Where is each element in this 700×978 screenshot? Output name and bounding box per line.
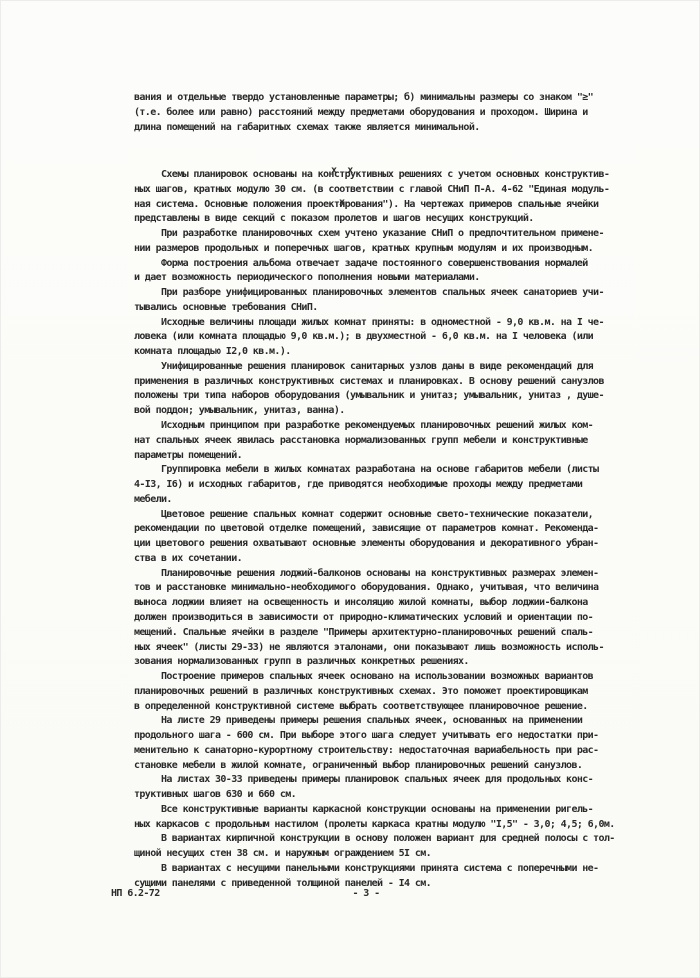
text-line: нат спальных ячеек явилась расстановка н… (134, 434, 615, 449)
text-line: Исходным принципом при разработке рекоме… (134, 419, 615, 434)
page-footer: НП 6.2-72 - 3 - (1, 887, 700, 903)
text-line: Унифицированные решения планировок санит… (134, 360, 615, 375)
text-line: 4-I3, I6) и исходных габаритов, где прив… (134, 478, 615, 493)
text-line: параметры помещений. (134, 449, 615, 464)
page-number: - 3 - (134, 887, 598, 901)
text-line: Схемы планировок основаны на конструктив… (134, 168, 615, 183)
text-line: представлены в виде секций с показом про… (134, 212, 615, 227)
text-line: ных каркасов с продольным настилом (прол… (134, 818, 615, 833)
text-line: и дает возможность периодического пополн… (134, 271, 615, 286)
text-line: ных ячеек" (листы 29-33) не являются эта… (134, 641, 615, 656)
text-line: продольного шага - 600 см. При выборе эт… (134, 729, 615, 744)
text-line: При разборе унифицированных планировочны… (134, 286, 615, 301)
text-line: Группировка мебели в жилых комнатах разр… (134, 463, 615, 478)
text-line: комната площадью I2,0 кв.м.). (134, 345, 615, 360)
text-line: На листе 29 приведены примеры решения сп… (134, 714, 615, 729)
text-line: ловека (или комната площадью 9,0 кв.м.);… (134, 330, 615, 345)
main-text-block: Схемы планировок основаны на конструктив… (134, 168, 615, 892)
text-line: Все конструктивные варианты каркасной ко… (134, 803, 615, 818)
text-line: щиной несущих стен 38 см. и наружным огр… (134, 847, 615, 862)
text-line: труктивных шагов 630 и 660 см. (134, 788, 615, 803)
text-line: длина помещений на габаритных схемах так… (134, 121, 593, 136)
text-line: тов и расстановке минимально-необходимог… (134, 581, 615, 596)
text-line: Форма построения альбома отвечает задаче… (134, 257, 615, 272)
text-line: должен производиться в зависимости от пр… (134, 611, 615, 626)
text-line: Исходные величины площади жилых комнат п… (134, 316, 615, 331)
text-line: планировочных решений в различных констр… (134, 685, 615, 700)
text-line: выноса лоджии влияет на освещенность и и… (134, 596, 615, 611)
text-line: Планировочные решения лоджий-балконов ос… (134, 567, 615, 582)
text-line: менительно к санаторно-курортному строит… (134, 744, 615, 759)
text-line: При разработке планировочных схем учтено… (134, 227, 615, 242)
text-line: ных шагов, кратных модулю 30 см. (в соот… (134, 183, 615, 198)
text-line: Построение примеров спальных ячеек основ… (134, 670, 615, 685)
text-line: мещений. Спальные ячейки в разделе "Прим… (134, 626, 615, 641)
text-line: нии размеров продольных и поперечных шаг… (134, 242, 615, 257)
text-line: вания и отдельные твердо установленные п… (134, 91, 593, 106)
text-line: в определенной конструктивной системе вы… (134, 700, 615, 715)
text-line: В вариантах с несущими панельными констр… (134, 862, 615, 877)
scanned-document-page: { "page": { "bg_color": "#fbfbf8", "text… (0, 0, 700, 978)
text-line: ции цветового решения охватывают основны… (134, 537, 615, 552)
text-line: применения в различных конструктивных си… (134, 375, 615, 390)
text-line: На листах 30-33 приведены примеры планир… (134, 773, 615, 788)
text-line: вой поддон; умывальник, унитаз, ванна). (134, 404, 615, 419)
text-line: становке мебели в жилой комнате, огранич… (134, 759, 615, 774)
text-line: зования нормализованных групп в различны… (134, 655, 615, 670)
text-line: Цветовое решение спальных комнат содержи… (134, 508, 615, 523)
text-line: В вариантах кирпичной конструкции в осно… (134, 832, 615, 847)
text-line: тывались основные требования СНиП. (134, 301, 615, 316)
text-line: (т.е. более или равно) расстояний между … (134, 106, 593, 121)
text-line: мебели. (134, 493, 615, 508)
text-line: ная система. Основные положения проектир… (134, 198, 615, 213)
text-line: ства в их сочетании. (134, 552, 615, 567)
text-line: рекомендации по цветовой отделке помещен… (134, 522, 615, 537)
text-line: положены три типа наборов оборудования (… (134, 389, 615, 404)
paragraph-continuation-block: вания и отдельные твердо установленные п… (134, 91, 593, 135)
